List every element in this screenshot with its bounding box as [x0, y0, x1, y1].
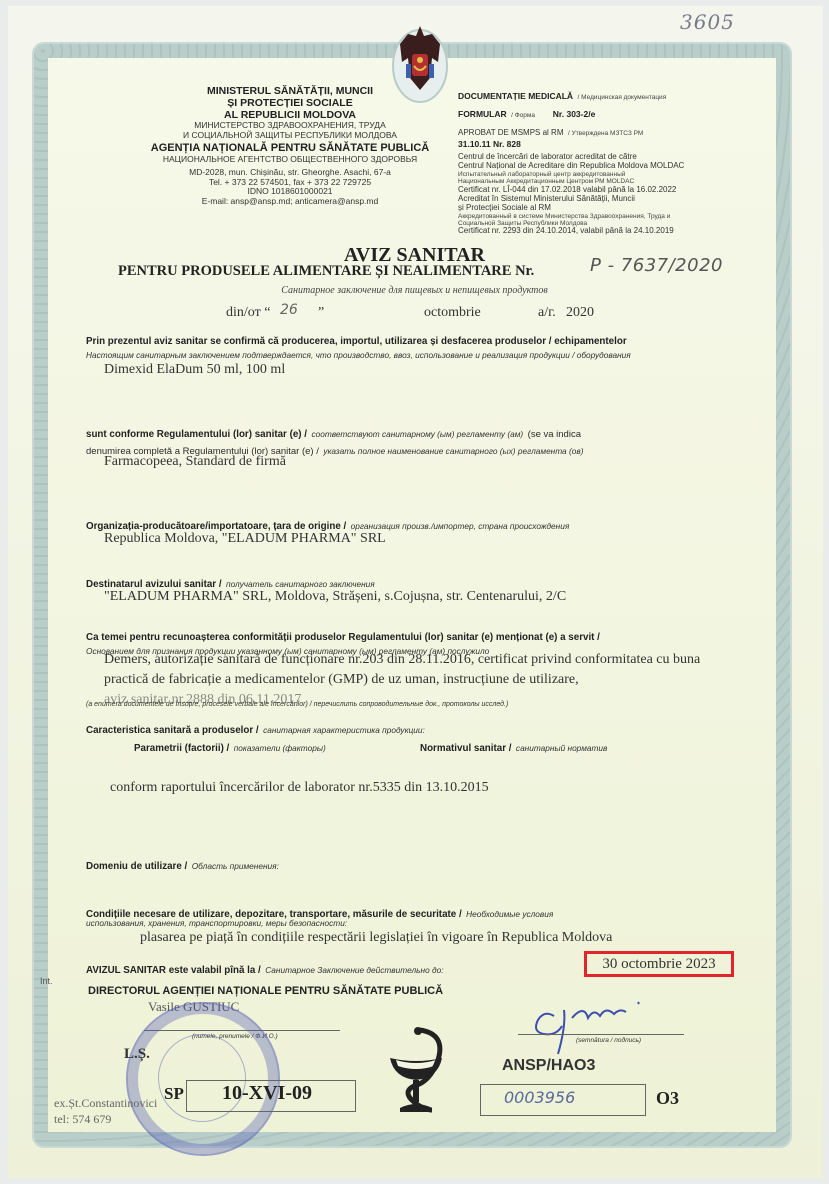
agency-name-ru: НАЦИОНАЛЬНОЕ АГЕНТСТВО ОБЩЕСТВЕННОГО ЗДО… [140, 155, 440, 165]
form-label: FORMULAR [458, 109, 507, 119]
series-prefix: SP [164, 1084, 184, 1104]
date-day: 26 [280, 302, 298, 318]
doc-type: DOCUMENTAȚIE MEDICALĂ [458, 91, 573, 101]
form-header: DOCUMENTAȚIE MEDICALĂ / Медицинская доку… [458, 86, 788, 236]
confirm-label: Prin prezentul aviz sanitar se confirmă … [86, 336, 627, 347]
approved-by-ru: Утверждена МЗТСЗ РМ [572, 130, 644, 137]
parameters-label: Parametrii (factorii) / [134, 743, 229, 754]
conform-label2-ru: указать полное наименование санитарного … [323, 446, 583, 456]
characteristics-label-ru: санитарная характеристика продукции: [263, 725, 425, 735]
director-title: DIRECTORUL AGENȚIEI NAȚIONALE PENTRU SĂN… [88, 985, 443, 997]
conform-label-row: sunt conforme Regulamentului (lor) sanit… [86, 424, 581, 442]
domain-label-row: Domeniu de utilizare / Область применени… [86, 856, 279, 874]
date-close: ” [318, 305, 324, 321]
domain-label: Domeniu de utilizare / [86, 861, 187, 872]
validity-date-highlight: 30 octombrie 2023 [584, 951, 734, 977]
conform-label: sunt conforme Regulamentului (lor) sanit… [86, 429, 307, 440]
characteristics-value: conform raportului încercărilor de labor… [110, 780, 489, 796]
executor-name: ex.Șt.Constantinovici [54, 1096, 157, 1111]
agency-email: E-mail: ansp@ansp.md; anticamera@ansp.md [140, 197, 440, 207]
date-year-prefix: a/г. [538, 305, 556, 321]
conditions-label-ru-2: использования, хранения, транспортировки… [86, 918, 347, 928]
product-name: Dimexid ElaDum 50 ml, 100 ml [104, 362, 285, 378]
date-month: octombrie [424, 305, 481, 321]
regulation-value: Farmacopeea, Standard de firmă [104, 454, 286, 470]
doc-type-ru: Медицинская документация [581, 94, 666, 101]
conform-label-ru: соответствуют санитарному (ым) регламент… [311, 429, 523, 439]
registration-number: P - 7637/2020 [590, 255, 723, 276]
document-subtitle-ru: Санитарное заключение для пищевых и непи… [0, 285, 829, 296]
lab-line: Centrul Național de Acreditare din Repub… [458, 162, 788, 171]
norm-header: Normativul sanitar / санитарный норматив [420, 738, 607, 756]
agency-code: ANSP/HAO3 [502, 1057, 595, 1075]
ministry-line: ȘI PROTECȚIEI SOCIALE [140, 98, 440, 110]
seal-place-label: L.Ș. [124, 1046, 150, 1063]
executor-phone: tel: 574 679 [54, 1112, 111, 1127]
parameters-header: Parametrii (factorii) / показатели (факт… [134, 738, 326, 756]
characteristics-label: Caracteristica sanitară a produselor / [86, 725, 259, 736]
validity-label-row: AVIZUL SANITAR este valabil pînă la / Са… [86, 960, 444, 978]
recipient-value: "ELADUM PHARMA" SRL, Moldova, Strășeni, … [104, 589, 566, 605]
basis-label: Ca temei pentru recunoașterea conformită… [86, 632, 600, 643]
characteristics-label-row: Caracteristica sanitară a produselor / с… [86, 720, 425, 738]
document-subtitle: PENTRU PRODUSELE ALIMENTARE ȘI NEALIMENT… [118, 263, 534, 280]
bowl-of-hygieia-icon [384, 1022, 448, 1118]
norm-label: Normativul sanitar / [420, 743, 511, 754]
conform-label-tail: (se va indica [528, 429, 581, 440]
basis-value-line: practică de fabricație a medicamentelor … [104, 672, 579, 688]
accred-ru-line: Аккредитованный в системе Министерства З… [458, 213, 788, 220]
margin-note: Int. [40, 976, 53, 986]
serial-number: 0003956 [504, 1088, 575, 1107]
basis-footnote: (a enumera documentele de însoțire, proc… [86, 701, 508, 708]
accred-line: și Protecției Sociale al RM [458, 204, 788, 213]
certificate-2: Certificat nr. 2293 din 24.10.2014, vala… [458, 227, 788, 236]
basis-value-line: Demers, autorizație sanitară de funcțion… [104, 652, 700, 668]
form-number: Nr. 303-2/e [553, 109, 596, 119]
director-signature [514, 996, 654, 1056]
validity-label: AVIZUL SANITAR este valabil pînă la / [86, 965, 261, 976]
conditions-label-ru: Необходимые условия [466, 909, 553, 919]
issuer-header: MINISTERUL SĂNĂTĂȚII, MUNCII ȘI PROTECȚI… [140, 86, 440, 206]
agency-name: AGENȚIA NAȚIONALĂ PENTRU SĂNĂTATE PUBLIC… [140, 142, 440, 154]
domain-label-ru: Область применения: [192, 861, 279, 871]
form-label-ru: Форма [515, 112, 535, 119]
ministry-line: MINISTERUL SĂNĂTĂȚII, MUNCII [140, 86, 440, 98]
approved-date: 31.10.11 Nr. 828 [458, 140, 788, 150]
confirm-label-ru: Настоящим санитарным заключением подтвер… [86, 350, 631, 360]
parameters-label-ru: показатели (факторы) [234, 743, 326, 753]
signature-caption: (semnătura / подпись) [576, 1037, 641, 1044]
recipient-label-ru: получатель санитарного заключения [226, 579, 375, 589]
official-stamp [126, 1002, 280, 1156]
ministry-ru-line: И СОЦИАЛЬНОЙ ЗАЩИТЫ РЕСПУБЛИКИ МОЛДОВА [140, 131, 440, 141]
handwritten-number: 3605 [680, 10, 735, 34]
series-code: 10-XVI-09 [222, 1082, 312, 1105]
approved-by: APROBAT DE MSMPS al RM [458, 128, 564, 137]
signature-line [518, 1034, 684, 1035]
producer-label-ru: организация произв./импортер, страна про… [351, 521, 570, 531]
lab-ru-line: Испытательный лабораторный центр аккреди… [458, 171, 788, 178]
date-year: 2020 [566, 305, 594, 321]
date-prefix: din/от “ [226, 305, 270, 321]
producer-value: Republica Moldova, "ELADUM PHARMA" SRL [104, 531, 386, 547]
conditions-value: plasarea pe piață în condițiile respectă… [140, 930, 612, 946]
norm-label-ru: санитарный норматив [516, 743, 607, 753]
validity-label-ru: Санитарное Заключение действительно до: [265, 965, 443, 975]
serial-suffix: O3 [656, 1088, 679, 1109]
